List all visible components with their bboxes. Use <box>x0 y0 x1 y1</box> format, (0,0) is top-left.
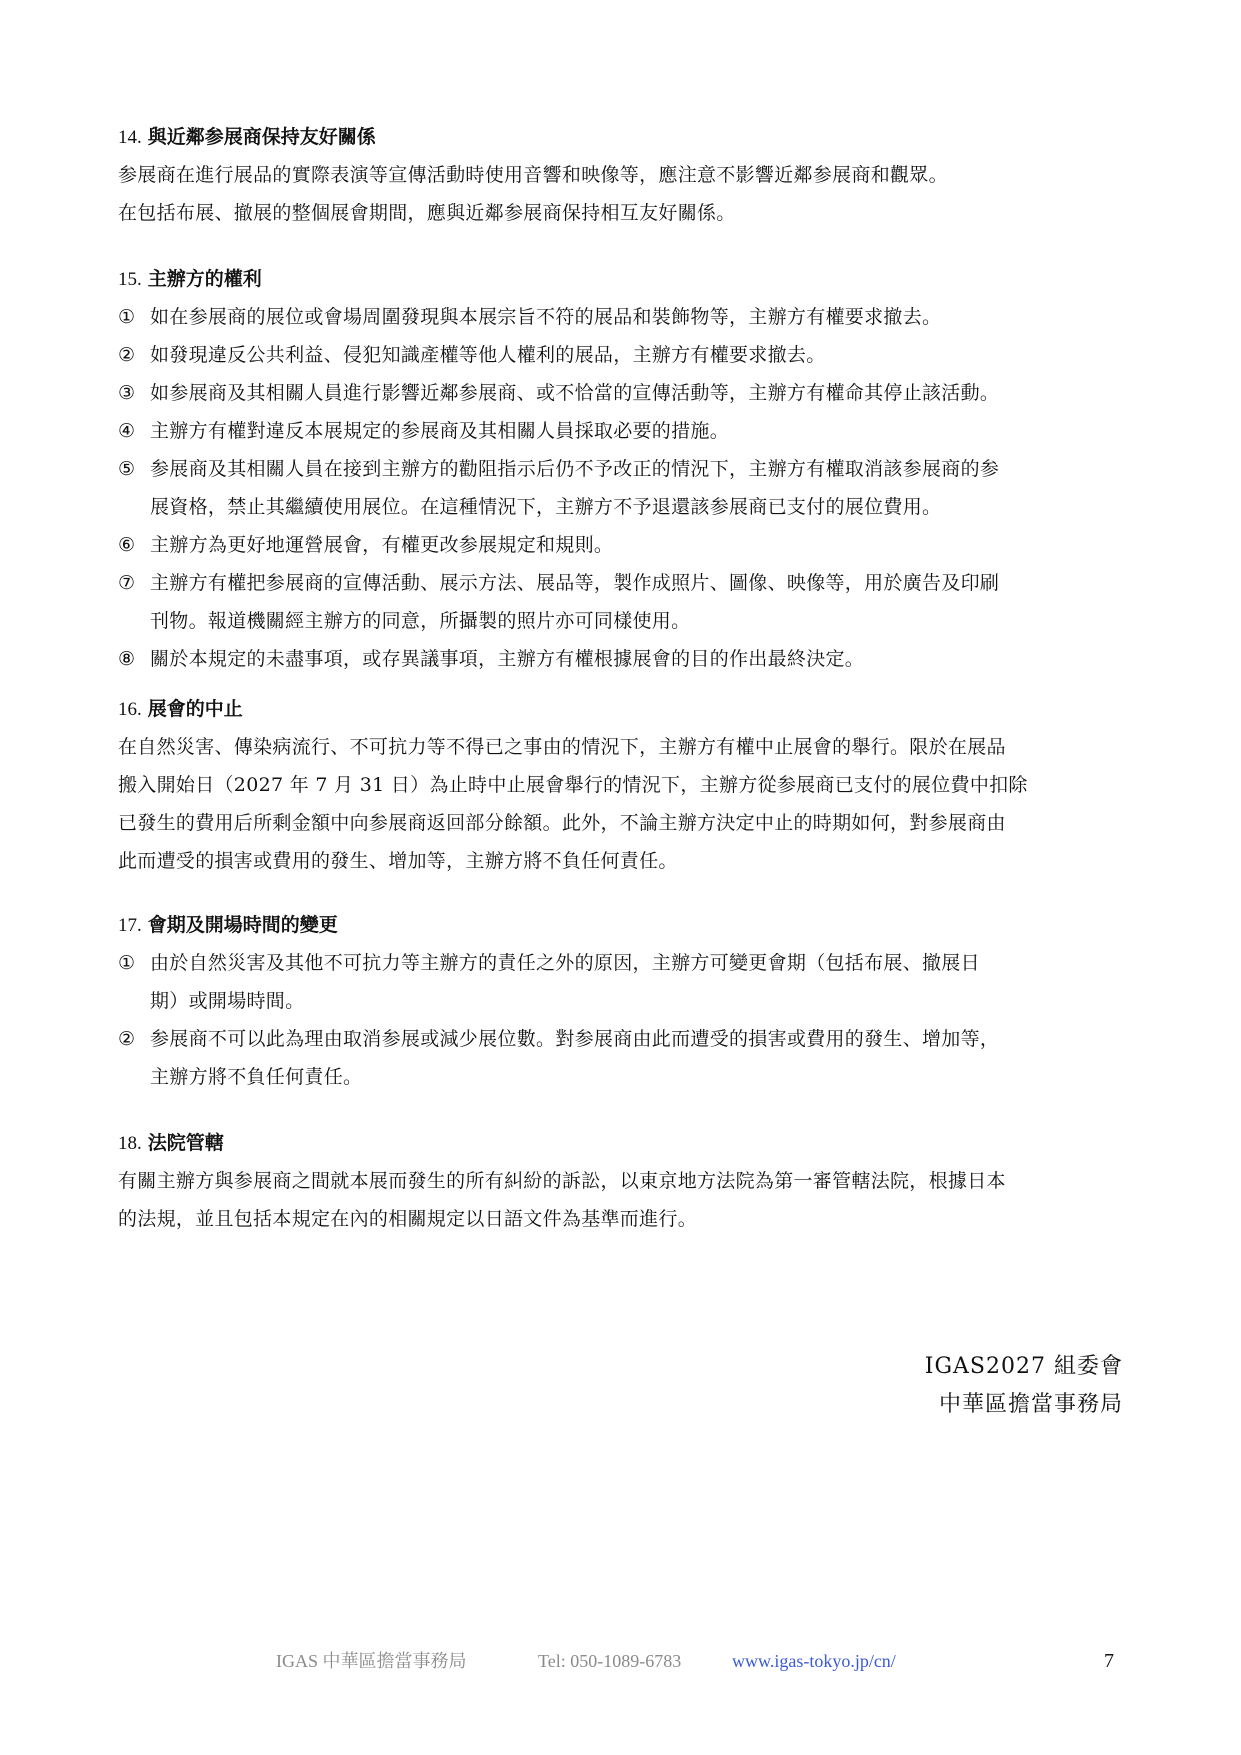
paragraph: 参展商在進行展品的實際表演等宣傳活動時使用音響和映像等，應注意不影響近鄰参展商和… <box>118 156 1128 194</box>
paragraph: 在包括布展、撤展的整個展會期間，應與近鄰参展商保持相互友好關係。 <box>118 194 1128 232</box>
section-heading: 17. 會期及開場時間的變更 <box>118 906 1128 944</box>
list-item: ⑧ 關於本規定的未盡事項，或存異議事項，主辦方有權根據展會的目的作出最終決定。 <box>118 640 1128 678</box>
list-marker: ② <box>118 336 150 374</box>
list-marker: ① <box>118 298 150 336</box>
list-item-text: 關於本規定的未盡事項，或存異議事項，主辦方有權根據展會的目的作出最終決定。 <box>150 640 1128 678</box>
list-marker: ② <box>118 1020 150 1096</box>
list-item: ⑦ 主辦方有權把参展商的宣傳活動、展示方法、展品等，製作成照片、圖像、映像等，用… <box>118 564 1128 640</box>
section-17: 17. 會期及開場時間的變更 ① 由於自然災害及其他不可抗力等主辦方的責任之外的… <box>118 906 1128 1096</box>
paragraph-line: 有關主辦方與参展商之間就本展而發生的所有糾紛的訴訟，以東京地方法院為第一審管轄法… <box>118 1162 1128 1200</box>
footer-phone: Tel: 050-1089-6783 <box>538 1646 681 1676</box>
list-marker: ① <box>118 944 150 1020</box>
list-marker: ⑧ <box>118 640 150 678</box>
list-marker: ⑤ <box>118 450 150 526</box>
section-title: 法院管轄 <box>148 1132 224 1154</box>
signature-office: 中華區擔當事務局 <box>925 1386 1123 1424</box>
list-item-text: 如参展商及其相關人員進行影響近鄰参展商、或不恰當的宣傳活動等，主辦方有權命其停止… <box>150 374 1128 412</box>
list-item-line: 刊物。報道機關經主辦方的同意，所攝製的照片亦可同樣使用。 <box>150 602 1128 640</box>
paragraph-line: 搬入開始日（2027 年 7 月 31 日）為止時中止展會舉行的情況下，主辦方從… <box>118 766 1128 804</box>
footer-website-link[interactable]: www.igas-tokyo.jp/cn/ <box>732 1646 896 1676</box>
signature-block: IGAS2027 組委會 中華區擔當事務局 <box>925 1348 1123 1424</box>
list-item-text: 参展商不可以此為理由取消参展或減少展位數。對参展商由此而遭受的損害或費用的發生、… <box>150 1020 1128 1096</box>
section-number: 15. <box>118 269 142 290</box>
list-item-line: 展資格，禁止其繼續使用展位。在這種情況下，主辦方不予退還該参展商已支付的展位費用… <box>150 488 1128 526</box>
section-number: 18. <box>118 1133 142 1154</box>
list-item-line: 参展商及其相關人員在接到主辦方的勸阻指示后仍不予改正的情況下，主辦方有權取消該参… <box>150 450 1128 488</box>
list-item-line: 期）或開場時間。 <box>150 982 1128 1020</box>
list-marker: ③ <box>118 374 150 412</box>
section-heading: 16. 展會的中止 <box>118 690 1128 728</box>
list-item: ⑤ 参展商及其相關人員在接到主辦方的勸阻指示后仍不予改正的情況下，主辦方有權取消… <box>118 450 1128 526</box>
section-16: 16. 展會的中止 在自然災害、傳染病流行、不可抗力等不得已之事由的情況下，主辦… <box>118 690 1128 880</box>
section-15: 15. 主辦方的權利 ① 如在参展商的展位或會場周圍發現與本展宗旨不符的展品和裝… <box>118 260 1128 678</box>
list-item: ② 参展商不可以此為理由取消参展或減少展位數。對参展商由此而遭受的損害或費用的發… <box>118 1020 1128 1096</box>
paragraph-line: 在自然災害、傳染病流行、不可抗力等不得已之事由的情況下，主辦方有權中止展會的舉行… <box>118 728 1128 766</box>
list-item-line: 由於自然災害及其他不可抗力等主辦方的責任之外的原因，主辦方可變更會期（包括布展、… <box>150 944 1128 982</box>
section-number: 16. <box>118 699 142 720</box>
section-heading: 14. 與近鄰参展商保持友好關係 <box>118 118 1128 156</box>
list-item-text: 参展商及其相關人員在接到主辦方的勸阻指示后仍不予改正的情況下，主辦方有權取消該参… <box>150 450 1128 526</box>
page-footer: IGAS 中華區擔當事務局 Tel: 050-1089-6783 www.iga… <box>0 1646 1241 1676</box>
list-item-text: 如在参展商的展位或會場周圍發現與本展宗旨不符的展品和裝飾物等，主辦方有權要求撤去… <box>150 298 1128 336</box>
section-title: 會期及開場時間的變更 <box>148 914 338 936</box>
section-18: 18. 法院管轄 有關主辦方與参展商之間就本展而發生的所有糾紛的訴訟，以東京地方… <box>118 1124 1128 1238</box>
list-item: ⑥ 主辦方為更好地運營展會，有權更改参展規定和規則。 <box>118 526 1128 564</box>
paragraph-line: 已發生的費用后所剩金額中向参展商返回部分餘額。此外，不論主辦方決定中止的時期如何… <box>118 804 1128 842</box>
paragraph-line: 的法規，並且包括本規定在內的相關規定以日語文件為基準而進行。 <box>118 1200 1128 1238</box>
list-marker: ⑥ <box>118 526 150 564</box>
section-number: 17. <box>118 915 142 936</box>
signature-organizer: IGAS2027 組委會 <box>925 1348 1123 1386</box>
section-title: 與近鄰参展商保持友好關係 <box>148 126 376 148</box>
list-item-line: 主辦方將不負任何責任。 <box>150 1058 1128 1096</box>
page-number: 7 <box>1104 1646 1114 1676</box>
list-marker: ⑦ <box>118 564 150 640</box>
section-heading: 15. 主辦方的權利 <box>118 260 1128 298</box>
section-title: 展會的中止 <box>148 698 243 720</box>
list-item-line: 主辦方有權把参展商的宣傳活動、展示方法、展品等，製作成照片、圖像、映像等，用於廣… <box>150 564 1128 602</box>
section-number: 14. <box>118 127 142 148</box>
list-item: ① 如在参展商的展位或會場周圍發現與本展宗旨不符的展品和裝飾物等，主辦方有權要求… <box>118 298 1128 336</box>
section-title: 主辦方的權利 <box>148 268 262 290</box>
list-item-text: 由於自然災害及其他不可抗力等主辦方的責任之外的原因，主辦方可變更會期（包括布展、… <box>150 944 1128 1020</box>
list-item-text: 如發現違反公共利益、侵犯知識產權等他人權利的展品，主辦方有權要求撤去。 <box>150 336 1128 374</box>
list-item: ③ 如参展商及其相關人員進行影響近鄰参展商、或不恰當的宣傳活動等，主辦方有權命其… <box>118 374 1128 412</box>
list-item: ④ 主辦方有權對違反本展規定的参展商及其相關人員採取必要的措施。 <box>118 412 1128 450</box>
document-page: 14. 與近鄰参展商保持友好關係 参展商在進行展品的實際表演等宣傳活動時使用音響… <box>0 0 1241 1755</box>
footer-org: IGAS 中華區擔當事務局 <box>276 1646 467 1676</box>
list-item-line: 参展商不可以此為理由取消参展或減少展位數。對参展商由此而遭受的損害或費用的發生、… <box>150 1020 1128 1058</box>
section-heading: 18. 法院管轄 <box>118 1124 1128 1162</box>
list-item: ② 如發現違反公共利益、侵犯知識產權等他人權利的展品，主辦方有權要求撤去。 <box>118 336 1128 374</box>
list-item: ① 由於自然災害及其他不可抗力等主辦方的責任之外的原因，主辦方可變更會期（包括布… <box>118 944 1128 1020</box>
paragraph-line: 此而遭受的損害或費用的發生、增加等，主辦方將不負任何責任。 <box>118 842 1128 880</box>
list-item-text: 主辦方有權把参展商的宣傳活動、展示方法、展品等，製作成照片、圖像、映像等，用於廣… <box>150 564 1128 640</box>
list-item-text: 主辦方有權對違反本展規定的参展商及其相關人員採取必要的措施。 <box>150 412 1128 450</box>
section-14: 14. 與近鄰参展商保持友好關係 参展商在進行展品的實際表演等宣傳活動時使用音響… <box>118 118 1128 232</box>
list-marker: ④ <box>118 412 150 450</box>
list-item-text: 主辦方為更好地運營展會，有權更改参展規定和規則。 <box>150 526 1128 564</box>
